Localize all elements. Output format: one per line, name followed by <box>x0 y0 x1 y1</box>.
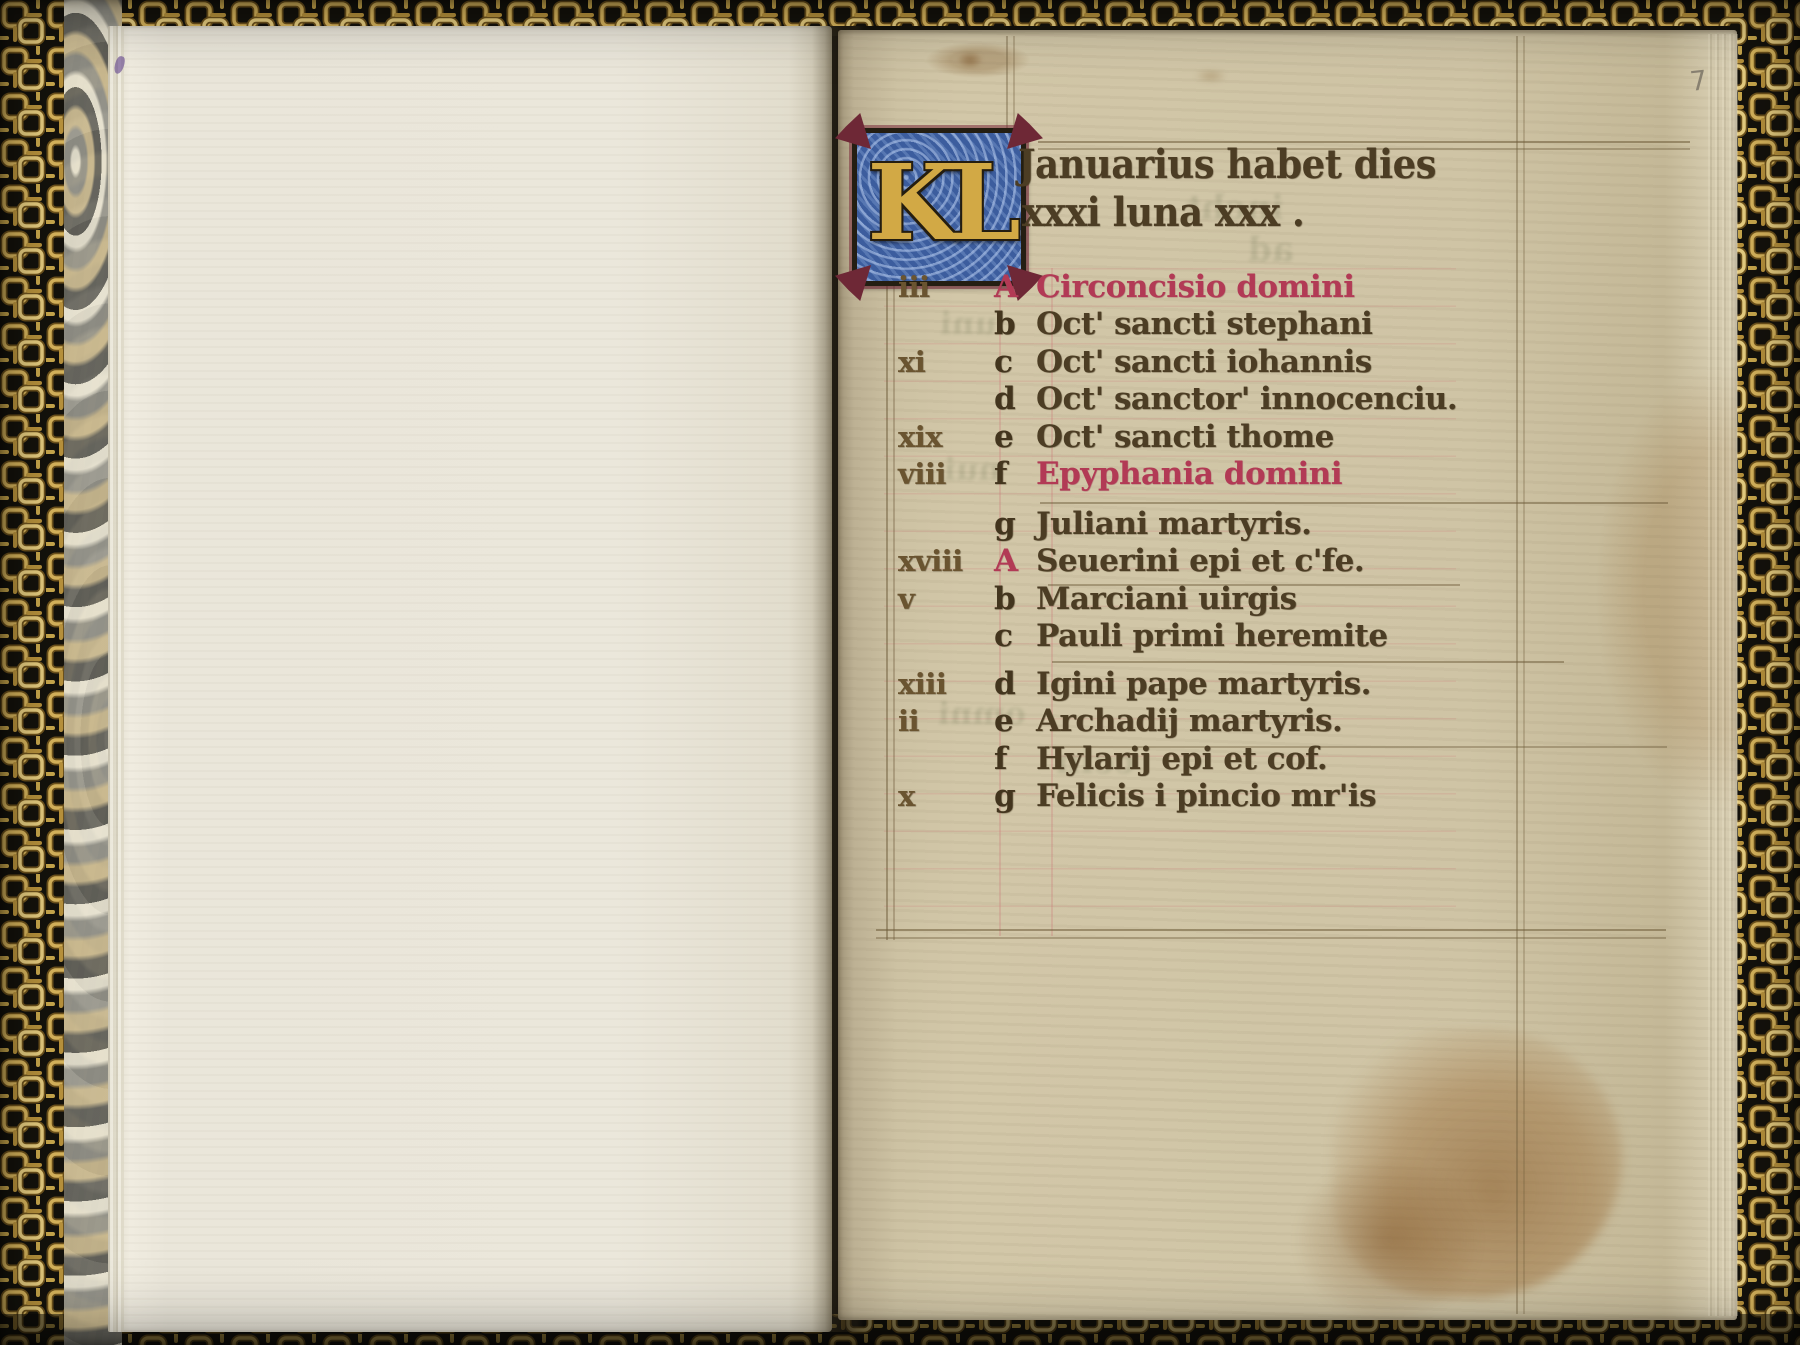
golden-number-cell: xi <box>884 345 980 379</box>
calendar-row: xi c Oct' sancti iohannis <box>884 343 1464 381</box>
dominical-letter-cell: b <box>980 306 1036 342</box>
calendar-row: iii A Circoncisio domini <box>884 268 1464 306</box>
illuminated-initial-KL: KL <box>852 128 1026 286</box>
dominical-letter-cell: f <box>980 456 1036 492</box>
feast-cell: Igini pape martyris. <box>1036 666 1464 702</box>
calendar-row: g Juliani martyris. <box>884 505 1464 543</box>
dominical-letter-cell: g <box>980 506 1036 542</box>
feast-cell: Felicis i pincio mr'is <box>1036 778 1464 814</box>
feast-cell: Archadij martyris. <box>1036 703 1464 739</box>
golden-number-cell: xix <box>884 420 980 454</box>
feast-cell: Oct' sancti stephani <box>1036 306 1464 342</box>
calendar-row: b Oct' sancti stephani <box>884 306 1464 344</box>
ruled-line <box>1516 36 1518 1314</box>
dominical-letter-cell: d <box>980 666 1036 702</box>
calendar-heading-line2: xxxi luna xxx . <box>1022 188 1304 236</box>
golden-number-cell: xviii <box>884 544 980 578</box>
feast-cell: Oct' sancti iohannis <box>1036 344 1464 380</box>
calendar-row: xix e Oct' sancti thome <box>884 418 1464 456</box>
feast-cell: Oct' sanctor' innocenciu. <box>1036 381 1464 417</box>
calendar-row: f Hylarij epi et cof. <box>884 740 1464 778</box>
calendar-row: ii e Archadij martyris. <box>884 703 1464 741</box>
dominical-letter-cell: d <box>980 381 1036 417</box>
feast-cell: Seuerini epi et c'fe. <box>1036 543 1464 579</box>
page-edge-right <box>1708 34 1738 1316</box>
calendar-row: viii f Epyphania domini <box>884 456 1464 494</box>
dominical-letter-cell: A <box>980 269 1036 305</box>
feast-cell: Oct' sancti thome <box>1036 419 1464 455</box>
feast-cell: Circoncisio domini <box>1036 269 1464 305</box>
dominical-letter-cell: c <box>980 618 1036 654</box>
golden-number-cell: v <box>884 582 980 616</box>
dominical-letter-cell: f <box>980 741 1036 777</box>
golden-number-cell: ii <box>884 704 980 738</box>
feast-cell: Marciani uirgis <box>1036 581 1464 617</box>
dominical-letter-cell: g <box>980 778 1036 814</box>
blank-left-page <box>108 26 832 1332</box>
calendar-row: d Oct' sanctor' innocenciu. <box>884 381 1464 419</box>
calendar-row: xiii d Igini pape martyris. <box>884 665 1464 703</box>
calendar-row: x g Felicis i pincio mr'is <box>884 778 1464 816</box>
calendar-rows: iii A Circoncisio domini b Oct' sancti s… <box>884 268 1464 815</box>
feast-cell: Juliani martyris. <box>1036 506 1464 542</box>
feast-cell: Epyphania domini <box>1036 456 1464 492</box>
ruled-line <box>1006 36 1008 142</box>
show-through-text: ad <box>1248 230 1294 270</box>
golden-number-cell: x <box>884 779 980 813</box>
golden-number-cell: iii <box>884 270 980 304</box>
page-stack-edges <box>108 26 124 1332</box>
dominical-letter-cell: e <box>980 703 1036 739</box>
feast-cell: Pauli primi heremite <box>1036 618 1464 654</box>
feast-cell: Hylarij epi et cof. <box>1036 741 1464 777</box>
golden-number-cell: viii <box>884 457 980 491</box>
ruled-line <box>876 929 1666 931</box>
ruled-line <box>1523 36 1525 1314</box>
stain-spot <box>1196 70 1226 82</box>
initial-letters: KL <box>867 151 1011 255</box>
golden-number-cell: xiii <box>884 667 980 701</box>
ruled-line <box>876 937 1666 939</box>
calendar-row: xviii A Seuerini epi et c'fe. <box>884 543 1464 581</box>
dominical-letter-cell: c <box>980 344 1036 380</box>
calendar-row: c Pauli primi heremite <box>884 618 1464 656</box>
dominical-letter-cell: A <box>980 543 1036 579</box>
water-stain <box>1298 1160 1478 1320</box>
calendar-heading-line1: Januarius habet dies <box>1018 140 1436 188</box>
calendar-row: v b Marciani uirgis <box>884 580 1464 618</box>
dominical-letter-cell: b <box>980 581 1036 617</box>
stain-spot <box>958 52 982 68</box>
manuscript-photo: incht ad uni nui omni ccin KL Januarius … <box>0 0 1800 1345</box>
dominical-letter-cell: e <box>980 419 1036 455</box>
folio-number: 7 <box>1688 65 1708 98</box>
